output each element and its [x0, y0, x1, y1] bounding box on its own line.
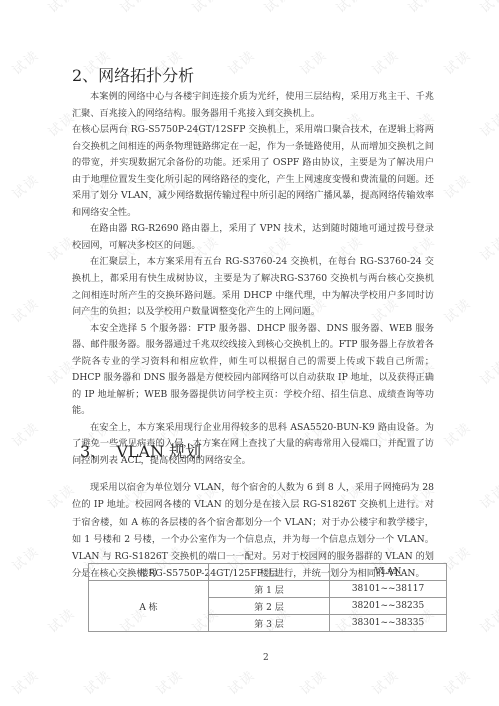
watermark-text: 试读	[188, 0, 223, 16]
watermark-text: 试读	[440, 293, 475, 327]
watermark-text: 试读	[8, 665, 43, 699]
watermark-text: 试读	[368, 45, 403, 79]
watermark-text: 试读	[440, 45, 475, 79]
table-row: A 栋 第 1 层 38101~~38117	[89, 581, 447, 598]
header-building: 楼号	[89, 564, 209, 581]
watermark-text: 试读	[152, 665, 187, 699]
watermark-text: 试读	[8, 541, 43, 575]
watermark-text: 试读	[8, 293, 43, 327]
watermark-text: 试读	[440, 169, 475, 203]
watermark-text: 试读	[224, 665, 259, 699]
watermark-text: 试读	[296, 45, 331, 79]
watermark-text: 试读	[476, 479, 499, 513]
section-heading-vlan: 3、 VLAN 规划	[80, 439, 201, 462]
watermark-text: 试读	[224, 45, 259, 79]
cell-vlan: 38201~~38235	[330, 598, 447, 615]
section-body-topology: 本案例的网络中心与各楼宇间连接介质为光纤，使用三层结构，采用万兆主干、千兆汇聚、…	[72, 89, 434, 470]
cell-floor: 第 2 层	[209, 598, 330, 615]
watermark-text: 试读	[476, 355, 499, 389]
cell-vlan: 38301~~38335	[330, 615, 447, 632]
section-heading-topology: 2、网络拓扑分析	[72, 63, 194, 86]
watermark-text: 试读	[8, 169, 43, 203]
paragraph: 本案例的网络中心与各楼宇间连接介质为光纤，使用三层结构，采用万兆主干、千兆汇聚、…	[72, 89, 434, 122]
watermark-text: 试读	[116, 0, 151, 16]
watermark-text: 试读	[368, 665, 403, 699]
watermark-text: 试读	[44, 603, 79, 637]
watermark-text: 试读	[8, 45, 43, 79]
cell-floor: 第 3 层	[209, 615, 330, 632]
watermark-text: 试读	[476, 231, 499, 265]
paragraph: 本安全选择 5 个服务器：FTP 服务器、DHCP 服务器、DNS 服务器、WE…	[72, 321, 434, 420]
vlan-table: 楼号 楼层 VLAN A 栋 第 1 层 38101~~38117 第 2 层 …	[88, 563, 447, 632]
watermark-text: 试读	[296, 665, 331, 699]
watermark-text: 试读	[332, 0, 367, 16]
cell-floor: 第 1 层	[209, 581, 330, 598]
watermark-text: 试读	[476, 107, 499, 141]
table-header-row: 楼号 楼层 VLAN	[89, 564, 447, 581]
watermark-text: 试读	[404, 0, 439, 16]
watermark-text: 试读	[0, 0, 7, 16]
watermark-text: 试读	[440, 665, 475, 699]
watermark-text: 试读	[8, 417, 43, 451]
paragraph: 在汇聚层上，本方案采用有五台 RG-S3760-24 交换机，在每台 RG-S3…	[72, 254, 434, 320]
paragraph: 在核心层两台 RG-S5750P-24GT/12SFP 交换机上，采用端口聚合技…	[72, 122, 434, 221]
watermark-text: 试读	[440, 417, 475, 451]
paragraph: 在路由器 RG-R2690 路由器上，采用了 VPN 技术，达到随时随地可通过拨…	[72, 221, 434, 254]
cell-vlan: 38101~~38117	[330, 581, 447, 598]
cell-building: A 栋	[89, 581, 209, 632]
header-vlan: VLAN	[330, 564, 447, 581]
page-number: 2	[263, 653, 269, 663]
watermark-text: 试读	[476, 603, 499, 637]
watermark-text: 试读	[80, 665, 115, 699]
watermark-text: 试读	[476, 0, 499, 16]
header-floor: 楼层	[209, 564, 330, 581]
watermark-text: 试读	[260, 0, 295, 16]
watermark-text: 试读	[44, 0, 79, 16]
